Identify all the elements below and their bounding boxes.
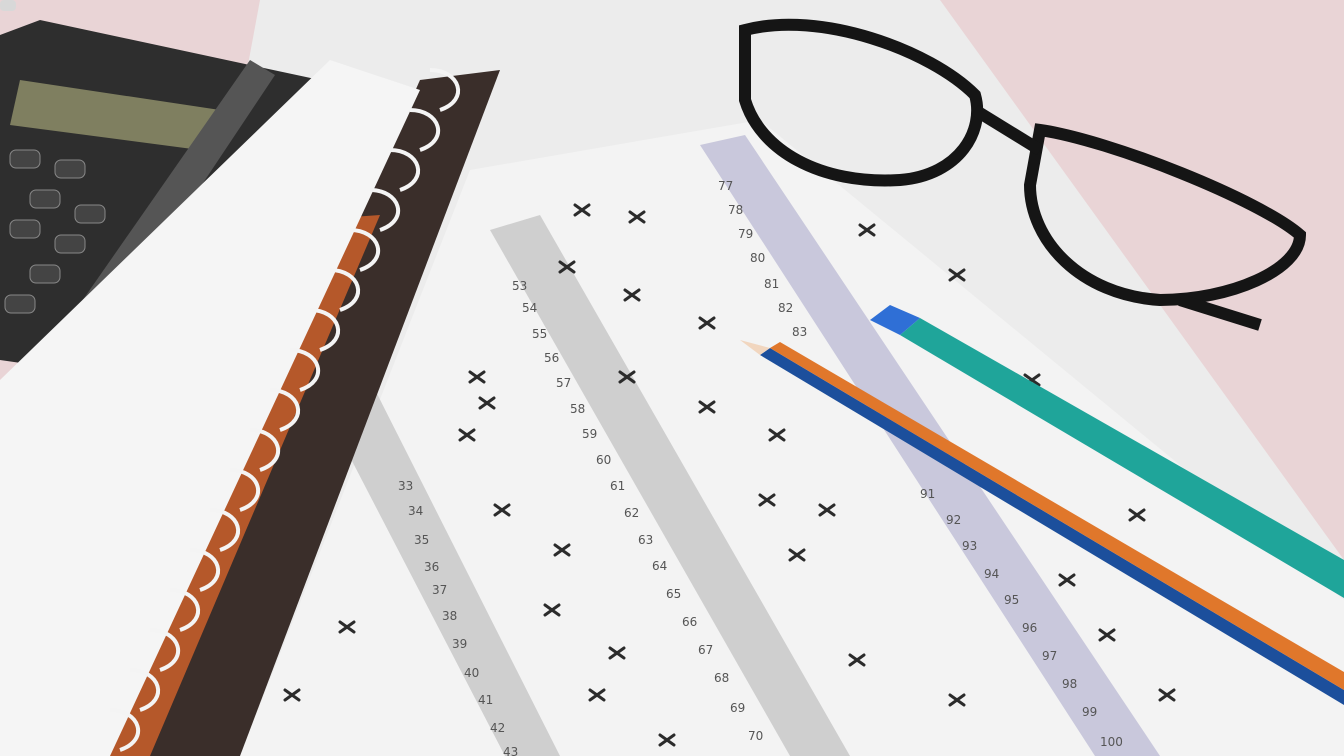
row-number: 40	[464, 666, 479, 680]
row-number: 77	[718, 179, 733, 193]
row-number: 99	[1082, 705, 1097, 719]
row-number: 70	[748, 729, 763, 743]
row-number: 100	[1100, 735, 1123, 749]
bubble-grid	[0, 0, 16, 11]
photo-scene: 33 34 34 35 36 37 38 39 40 41 42 43 53 5…	[0, 0, 1344, 756]
row-number: 37	[432, 583, 447, 597]
row-number: 60	[596, 453, 611, 467]
row-number: 93	[962, 539, 977, 553]
row-number: 42	[490, 721, 505, 735]
row-number: 91	[920, 487, 935, 501]
row-number: 67	[698, 643, 713, 657]
row-number: 33	[398, 479, 413, 493]
row-number: 53	[512, 279, 527, 293]
row-number: 36	[424, 560, 439, 574]
row-number: 92	[946, 513, 961, 527]
row-number: 59	[582, 427, 597, 441]
row-number: 68	[714, 671, 729, 685]
row-number: 54	[522, 301, 537, 315]
row-number: 80	[750, 251, 765, 265]
row-number: 66	[682, 615, 697, 629]
row-number: 56	[544, 351, 559, 365]
row-number: 55	[532, 327, 547, 341]
row-number: 83	[792, 325, 807, 339]
row-number: 61	[610, 479, 625, 493]
row-number: 98	[1062, 677, 1077, 691]
row-number: 82	[778, 301, 793, 315]
row-number: 94	[984, 567, 999, 581]
row-number: 58	[570, 402, 585, 416]
row-number: 41	[478, 693, 493, 707]
row-number: 63	[638, 533, 653, 547]
row-number: 62	[624, 506, 639, 520]
row-number: 95	[1004, 593, 1019, 607]
row-number: 96	[1022, 621, 1037, 635]
row-number: 39	[452, 637, 467, 651]
row-number: 78	[728, 203, 743, 217]
row-number: 65	[666, 587, 681, 601]
row-number: 79	[738, 227, 753, 241]
row-number: 43	[503, 745, 518, 756]
scene-illustration: 33 34 34 35 36 37 38 39 40 41 42 43 53 5…	[0, 0, 1344, 756]
row-number: 35	[414, 533, 429, 547]
row-number: 38	[442, 609, 457, 623]
row-number: 57	[556, 376, 571, 390]
row-number: 81	[764, 277, 779, 291]
row-number: 97	[1042, 649, 1057, 663]
row-number: 69	[730, 701, 745, 715]
row-number: 64	[652, 559, 667, 573]
